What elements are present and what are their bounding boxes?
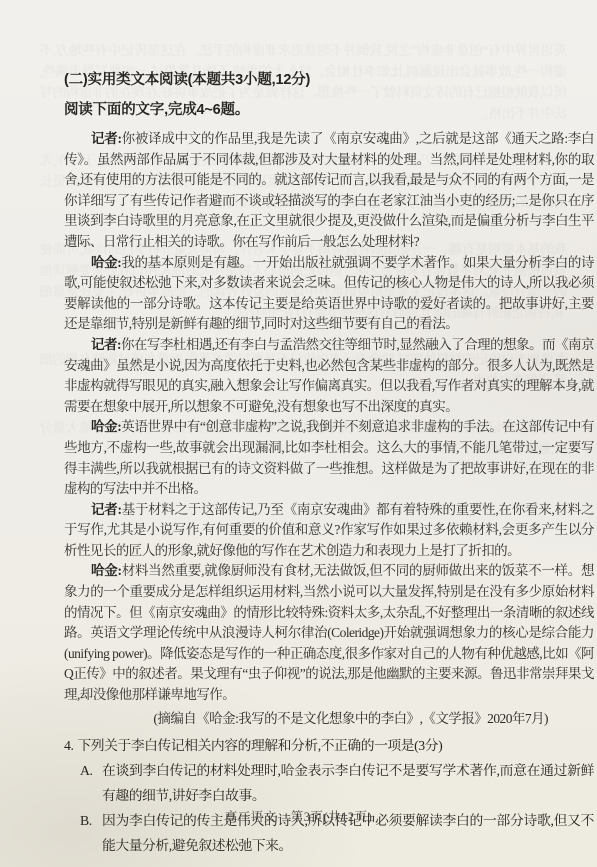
question-stem-text: 下列关于李白传记相关内容的理解和分析,不正确的一项是(3分) <box>77 733 442 758</box>
question-stem: 4. 下列关于李白传记相关内容的理解和分析,不正确的一项是(3分) <box>64 733 594 758</box>
interview-paragraph: 哈金:英语世界中有“创意非虚构”之说,我倒并不刻意追求非虚构的手法。在这部传记中… <box>64 417 594 499</box>
interview-paragraph: 记者:你在写李杜相遇,还有李白与孟浩然交往等细节时,显然融入了合理的想象。而《南… <box>64 335 594 417</box>
speaker-label: 记者: <box>91 131 121 146</box>
question-4: 4. 下列关于李白传记相关内容的理解和分析,不正确的一项是(3分) A. 在谈到… <box>64 733 594 858</box>
source-attribution: (摘编自《哈金:我写的不是文化想象中的李白》,《文学报》2020年7月) <box>64 707 594 731</box>
section-heading: (二)实用类文本阅读(本题共3小题,12分) <box>64 68 594 89</box>
footer-course: 高三语文 <box>225 810 277 824</box>
speaker-label: 记者: <box>91 502 121 517</box>
option-a-text: 在谈到李白传记的材料处理时,哈金表示李白传记不是要写学术著作,而意在通过新鲜有趣… <box>102 758 594 808</box>
speaker-label: 哈金: <box>91 419 121 434</box>
question-number: 4. <box>64 733 77 758</box>
speaker-label: 记者: <box>91 337 121 352</box>
paragraph-text: 英语世界中有“创意非虚构”之说,我倒并不刻意追求非虚构的手法。在这部传记中有些地… <box>64 419 594 496</box>
page-content: (二)实用类文本阅读(本题共3小题,12分) 阅读下面的文字,完成4~6题。 记… <box>64 68 594 858</box>
scanned-exam-page: 英语世界中有“创意非虚构”之说,我倒并不刻意追求非虚构的手法。在这部传记中有些地… <box>0 0 597 867</box>
option-a: A. 在谈到李白传记的材料处理时,哈金表示李白传记不是要写学术著作,而意在通过新… <box>80 758 594 808</box>
page-footer: 高三语文第3页(共12页) <box>0 807 597 825</box>
option-a-label: A. <box>80 758 102 808</box>
paragraph-text: 我的基本原则是有趣。一开始出版社就强调不要学术著作。如果大量分析李白的诗歌,可能… <box>64 255 594 332</box>
footer-page-number: 第3页(共12页) <box>291 810 373 824</box>
paragraph-text: 你被译成中文的作品里,我是先读了《南京安魂曲》,之后就是这部《通天之路:李白传》… <box>64 131 594 249</box>
speaker-label: 哈金: <box>91 255 121 270</box>
paragraph-text: 你在写李杜相遇,还有李白与孟浩然交往等细节时,显然融入了合理的想象。而《南京安魂… <box>64 337 594 414</box>
reading-instruction: 阅读下面的文字,完成4~6题。 <box>64 98 594 119</box>
speaker-label: 哈金: <box>91 563 121 578</box>
paragraph-text: 材料当然重要,就像厨师没有食材,无法做饭,但不同的厨师做出来的饭菜不一样。想象力… <box>64 563 594 702</box>
interview-paragraph: 哈金:材料当然重要,就像厨师没有食材,无法做饭,但不同的厨师做出来的饭菜不一样。… <box>64 561 594 705</box>
interview-paragraph: 记者:基于材料之于这部传记,乃至《南京安魂曲》都有着特殊的重要性,在你看来,材料… <box>64 500 594 562</box>
paragraph-text: 基于材料之于这部传记,乃至《南京安魂曲》都有着特殊的重要性,在你看来,材料之于写… <box>64 502 594 558</box>
interview-paragraph: 哈金:我的基本原则是有趣。一开始出版社就强调不要学术著作。如果大量分析李白的诗歌… <box>64 253 594 335</box>
interview-paragraph: 记者:你被译成中文的作品里,我是先读了《南京安魂曲》,之后就是这部《通天之路:李… <box>64 129 594 253</box>
